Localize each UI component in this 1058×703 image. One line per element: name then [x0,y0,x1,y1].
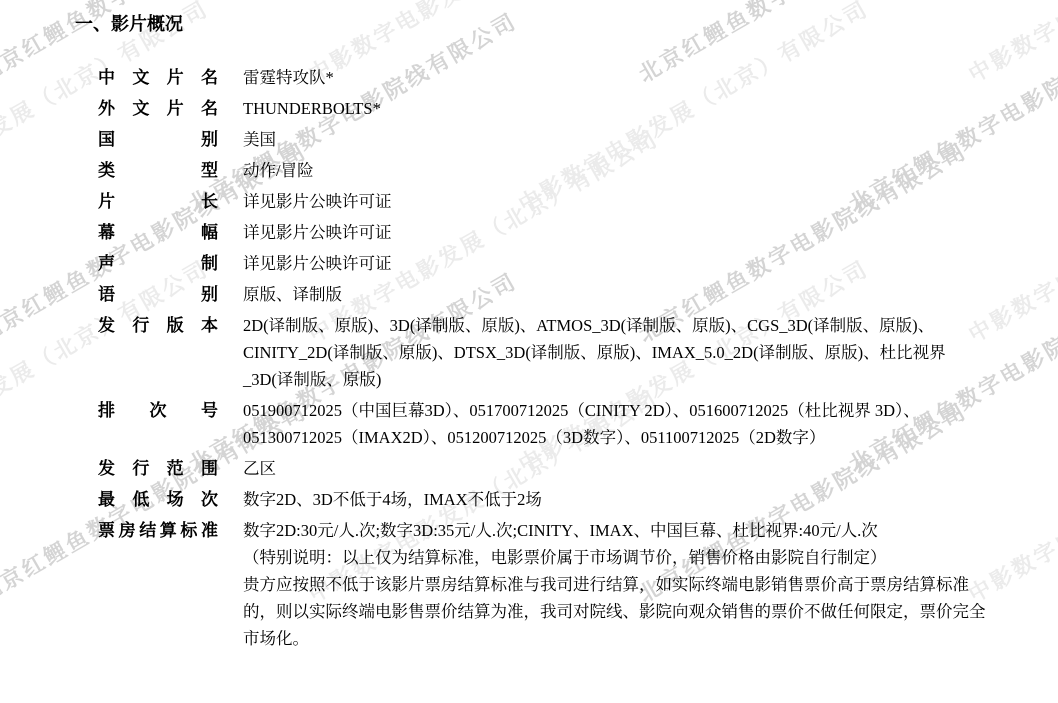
field-label-char: 制 [201,250,218,277]
field-label-char: 片 [167,64,184,91]
film-info-row: 国别 美国 [98,126,988,153]
field-label: 幕幅 [98,219,218,246]
field-label: 外文片名 [98,95,218,122]
field-label-char: 低 [132,486,149,513]
field-label-char: 算 [160,517,177,544]
field-value: 数字2D:30元/人.次;数字3D:35元/人.次;CINITY、IMAX、中国… [243,517,988,652]
field-value: 详见影片公映许可证 [243,219,988,246]
field-label-char: 本 [201,312,218,339]
field-value: 051900712025（中国巨幕3D）、051700712025（CINITY… [243,397,988,451]
field-value: 详见影片公映许可证 [243,250,988,277]
field-label-char: 发 [98,312,115,339]
film-info-row: 中文片名 雷霆特攻队* [98,64,988,91]
field-label-char: 国 [98,126,115,153]
field-value: 雷霆特攻队* [243,64,988,91]
field-label-char: 范 [167,455,184,482]
field-label-char: 外 [98,95,115,122]
field-label: 最低场次 [98,486,218,513]
film-info-row: 票房结算标准 数字2D:30元/人.次;数字3D:35元/人.次;CINITY、… [98,517,988,652]
field-label-char: 文 [132,95,149,122]
field-value: 详见影片公映许可证 [243,188,988,215]
field-label-char: 行 [132,455,149,482]
film-info-row: 外文片名 THUNDERBOLTS* [98,95,988,122]
field-label-char: 最 [98,486,115,513]
field-label-char: 中 [98,64,115,91]
film-info-row: 声制 详见影片公映许可证 [98,250,988,277]
field-value: 乙区 [243,455,988,482]
field-label-char: 声 [98,250,115,277]
field-label-char: 片 [167,95,184,122]
field-label-char: 次 [150,397,167,424]
field-label: 国别 [98,126,218,153]
field-value: 美国 [243,126,988,153]
field-label-char: 房 [119,517,136,544]
field-label-char: 版 [167,312,184,339]
field-label: 语别 [98,281,218,308]
field-label-char: 型 [201,157,218,184]
film-info-row: 片长 详见影片公映许可证 [98,188,988,215]
film-info-row: 语别 原版、译制版 [98,281,988,308]
field-label-char: 号 [201,397,218,424]
field-label: 发行范围 [98,455,218,482]
film-info-row: 排次号 051900712025（中国巨幕3D）、051700712025（CI… [98,397,988,451]
field-label-char: 标 [180,517,197,544]
field-label: 排次号 [98,397,218,424]
field-value: 数字2D、3D不低于4场，IMAX不低于2场 [243,486,988,513]
field-label-char: 名 [201,95,218,122]
field-label-char: 准 [201,517,218,544]
field-label: 中文片名 [98,64,218,91]
field-label-char: 发 [98,455,115,482]
field-value: 动作/冒险 [243,157,988,184]
field-label-char: 排 [98,397,115,424]
field-value: 2D(译制版、原版)、3D(译制版、原版)、ATMOS_3D(译制版、原版)、C… [243,312,988,393]
field-label: 声制 [98,250,218,277]
field-label-char: 幅 [201,219,218,246]
field-label-char: 片 [98,188,115,215]
field-label: 类型 [98,157,218,184]
field-label: 发行版本 [98,312,218,339]
field-label-char: 次 [201,486,218,513]
field-value: THUNDERBOLTS* [243,95,988,122]
film-info-row: 最低场次 数字2D、3D不低于4场，IMAX不低于2场 [98,486,988,513]
field-label-char: 场 [167,486,184,513]
field-label-char: 围 [201,455,218,482]
film-info-row: 幕幅 详见影片公映许可证 [98,219,988,246]
field-label-char: 长 [201,188,218,215]
field-label-char: 行 [132,312,149,339]
film-info-row: 发行版本 2D(译制版、原版)、3D(译制版、原版)、ATMOS_3D(译制版、… [98,312,988,393]
field-label-char: 结 [139,517,156,544]
field-label-char: 文 [132,64,149,91]
field-label-char: 类 [98,157,115,184]
film-info-row: 发行范围 乙区 [98,455,988,482]
field-label-char: 语 [98,281,115,308]
field-label-char: 名 [201,64,218,91]
film-overview-document: 中影数字电影发展（北京）有限公司北京红鲤鱼数字电影院线有限公司中影数字电影发展（… [0,0,1058,703]
field-label-char: 幕 [98,219,115,246]
field-value: 原版、译制版 [243,281,988,308]
field-label-char: 别 [201,126,218,153]
film-info-row: 类型 动作/冒险 [98,157,988,184]
field-label-char: 票 [98,517,115,544]
field-label-char: 别 [201,281,218,308]
field-label: 片长 [98,188,218,215]
section-heading: 一、影片概况 [75,13,988,35]
film-info-table: 中文片名 雷霆特攻队* 外文片名 THUNDERBOLTS* 国别 美国 类型 … [98,64,988,652]
field-label: 票房结算标准 [98,517,218,544]
document-content: 一、影片概况 中文片名 雷霆特攻队* 外文片名 THUNDERBOLTS* 国别… [0,0,1058,652]
